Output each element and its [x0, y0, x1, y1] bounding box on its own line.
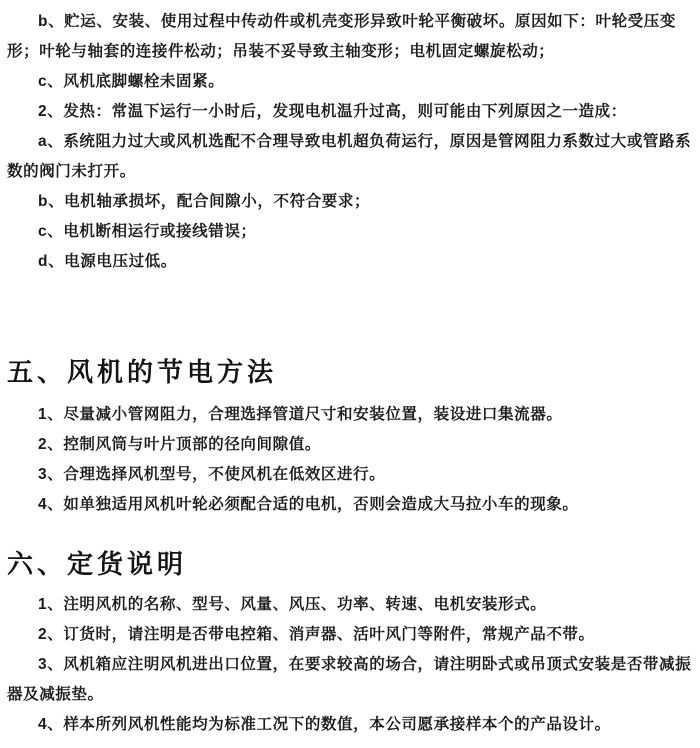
document-page: b、贮运、安装、使用过程中传动件或机壳变形异致叶轮平衡破坏。原因如下：叶轮受压变…	[0, 0, 700, 748]
paragraph-item-2-overheating: 2、发热：常温下运行一小时后，发现电机温升过高，则可能由下列原因之一造成：	[7, 97, 694, 127]
paragraph-cause-a-system-resistance: a、系统阻力过大或风机选配不合理导致电机超负荷运行，原因是管网阻力系数过大或管路…	[7, 127, 694, 187]
energy-saving-item-3: 3、合理选择风机型号，不使风机在低效区进行。	[7, 460, 694, 490]
ordering-item-2: 2、订货时，请注明是否带电控箱、消声器、活叶风门等附件，常规产品不带。	[7, 620, 694, 650]
paragraph-cause-d-low-voltage: d、电源电压过低。	[7, 247, 694, 277]
energy-saving-item-4: 4、如单独适用风机叶轮必须配合适的电机，否则会造成大马拉小车的现象。	[7, 490, 694, 520]
section-heading-ordering-instructions: 六、定货说明	[7, 546, 694, 582]
ordering-item-1: 1、注明风机的名称、型号、风量、风压、功率、转速、电机安装形式。	[7, 590, 694, 620]
section-heading-energy-saving-methods: 五、风机的节电方法	[7, 354, 694, 390]
ordering-item-3: 3、风机箱应注明风机进出口位置，在要求较高的场合，请注明卧式或吊顶式安装是否带减…	[7, 650, 694, 710]
energy-saving-item-1: 1、尽量减小管网阻力，合理选择管道尺寸和安装位置，装设进口集流器。	[7, 400, 694, 430]
paragraph-cause-c-foot-bolts: c、风机底脚螺栓未固紧。	[7, 67, 694, 97]
paragraph-cause-b-bearing-damage: b、电机轴承损坏，配合间隙小，不符合要求；	[7, 187, 694, 217]
paragraph-cause-b-transport-deformation: b、贮运、安装、使用过程中传动件或机壳变形异致叶轮平衡破坏。原因如下：叶轮受压变…	[7, 7, 694, 67]
ordering-item-4: 4、样本所列风机性能均为标准工况下的数值，本公司愿承接样本个的产品设计。	[7, 710, 694, 740]
energy-saving-item-2: 2、控制风筒与叶片顶部的径向间隙值。	[7, 430, 694, 460]
paragraph-cause-c-phase-loss: c、电机断相运行或接线错误；	[7, 217, 694, 247]
